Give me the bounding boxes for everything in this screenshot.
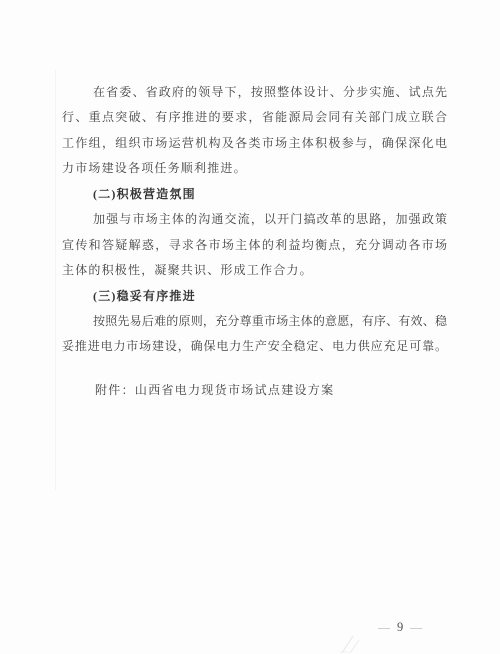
- paragraph2-line1: 加强与市场主体的沟通交流，以开门搞改革的思路，加强政策: [62, 207, 447, 232]
- paragraph1-line1: 在省委、省政府的领导下，按照整体设计、分步实施、试点先: [62, 80, 447, 105]
- paragraph2-line3: 主体的积极性，凝聚共识、形成工作合力。: [62, 258, 447, 283]
- paragraph1-line2: 行、重点突破、有序推进的要求，省能源局会同有关部门成立联合: [62, 105, 447, 130]
- paragraph3-line1: 按照先易后难的原则，充分尊重市场主体的意愿，有序、有效、稳: [62, 309, 447, 334]
- paragraph2-line2: 宣传和答疑解惑，寻求各市场主体的利益均衡点，充分调动各市场: [62, 233, 447, 258]
- document-page: 在省委、省政府的领导下，按照整体设计、分步实施、试点先 行、重点突破、有序推进的…: [0, 0, 500, 654]
- paragraph1-line3: 工作组，组织市场运营机构及各类市场主体积极参与，确保深化电: [62, 131, 447, 156]
- page-number-right-dash: —: [410, 622, 422, 634]
- scan-artifact-streak: [55, 70, 56, 490]
- paragraph1-line4: 力市场建设各项任务顺利推进。: [62, 156, 447, 181]
- section-heading-3: (三)稳妥有序推进: [62, 284, 447, 309]
- section-heading-2: (二)积极营造氛围: [62, 182, 447, 207]
- page-number: — 9 —: [378, 620, 422, 635]
- page-number-left-dash: —: [378, 622, 390, 634]
- page-number-value: 9: [397, 620, 403, 635]
- attachment-reference: 附件：山西省电力现货市场试点建设方案: [95, 378, 334, 403]
- paragraph3-line2: 妥推进电力市场建设，确保电力生产安全稳定、电力供应充足可靠。: [62, 334, 447, 359]
- document-body: 在省委、省政府的领导下，按照整体设计、分步实施、试点先 行、重点突破、有序推进的…: [62, 80, 447, 360]
- pen-scribble-mark: [338, 632, 370, 654]
